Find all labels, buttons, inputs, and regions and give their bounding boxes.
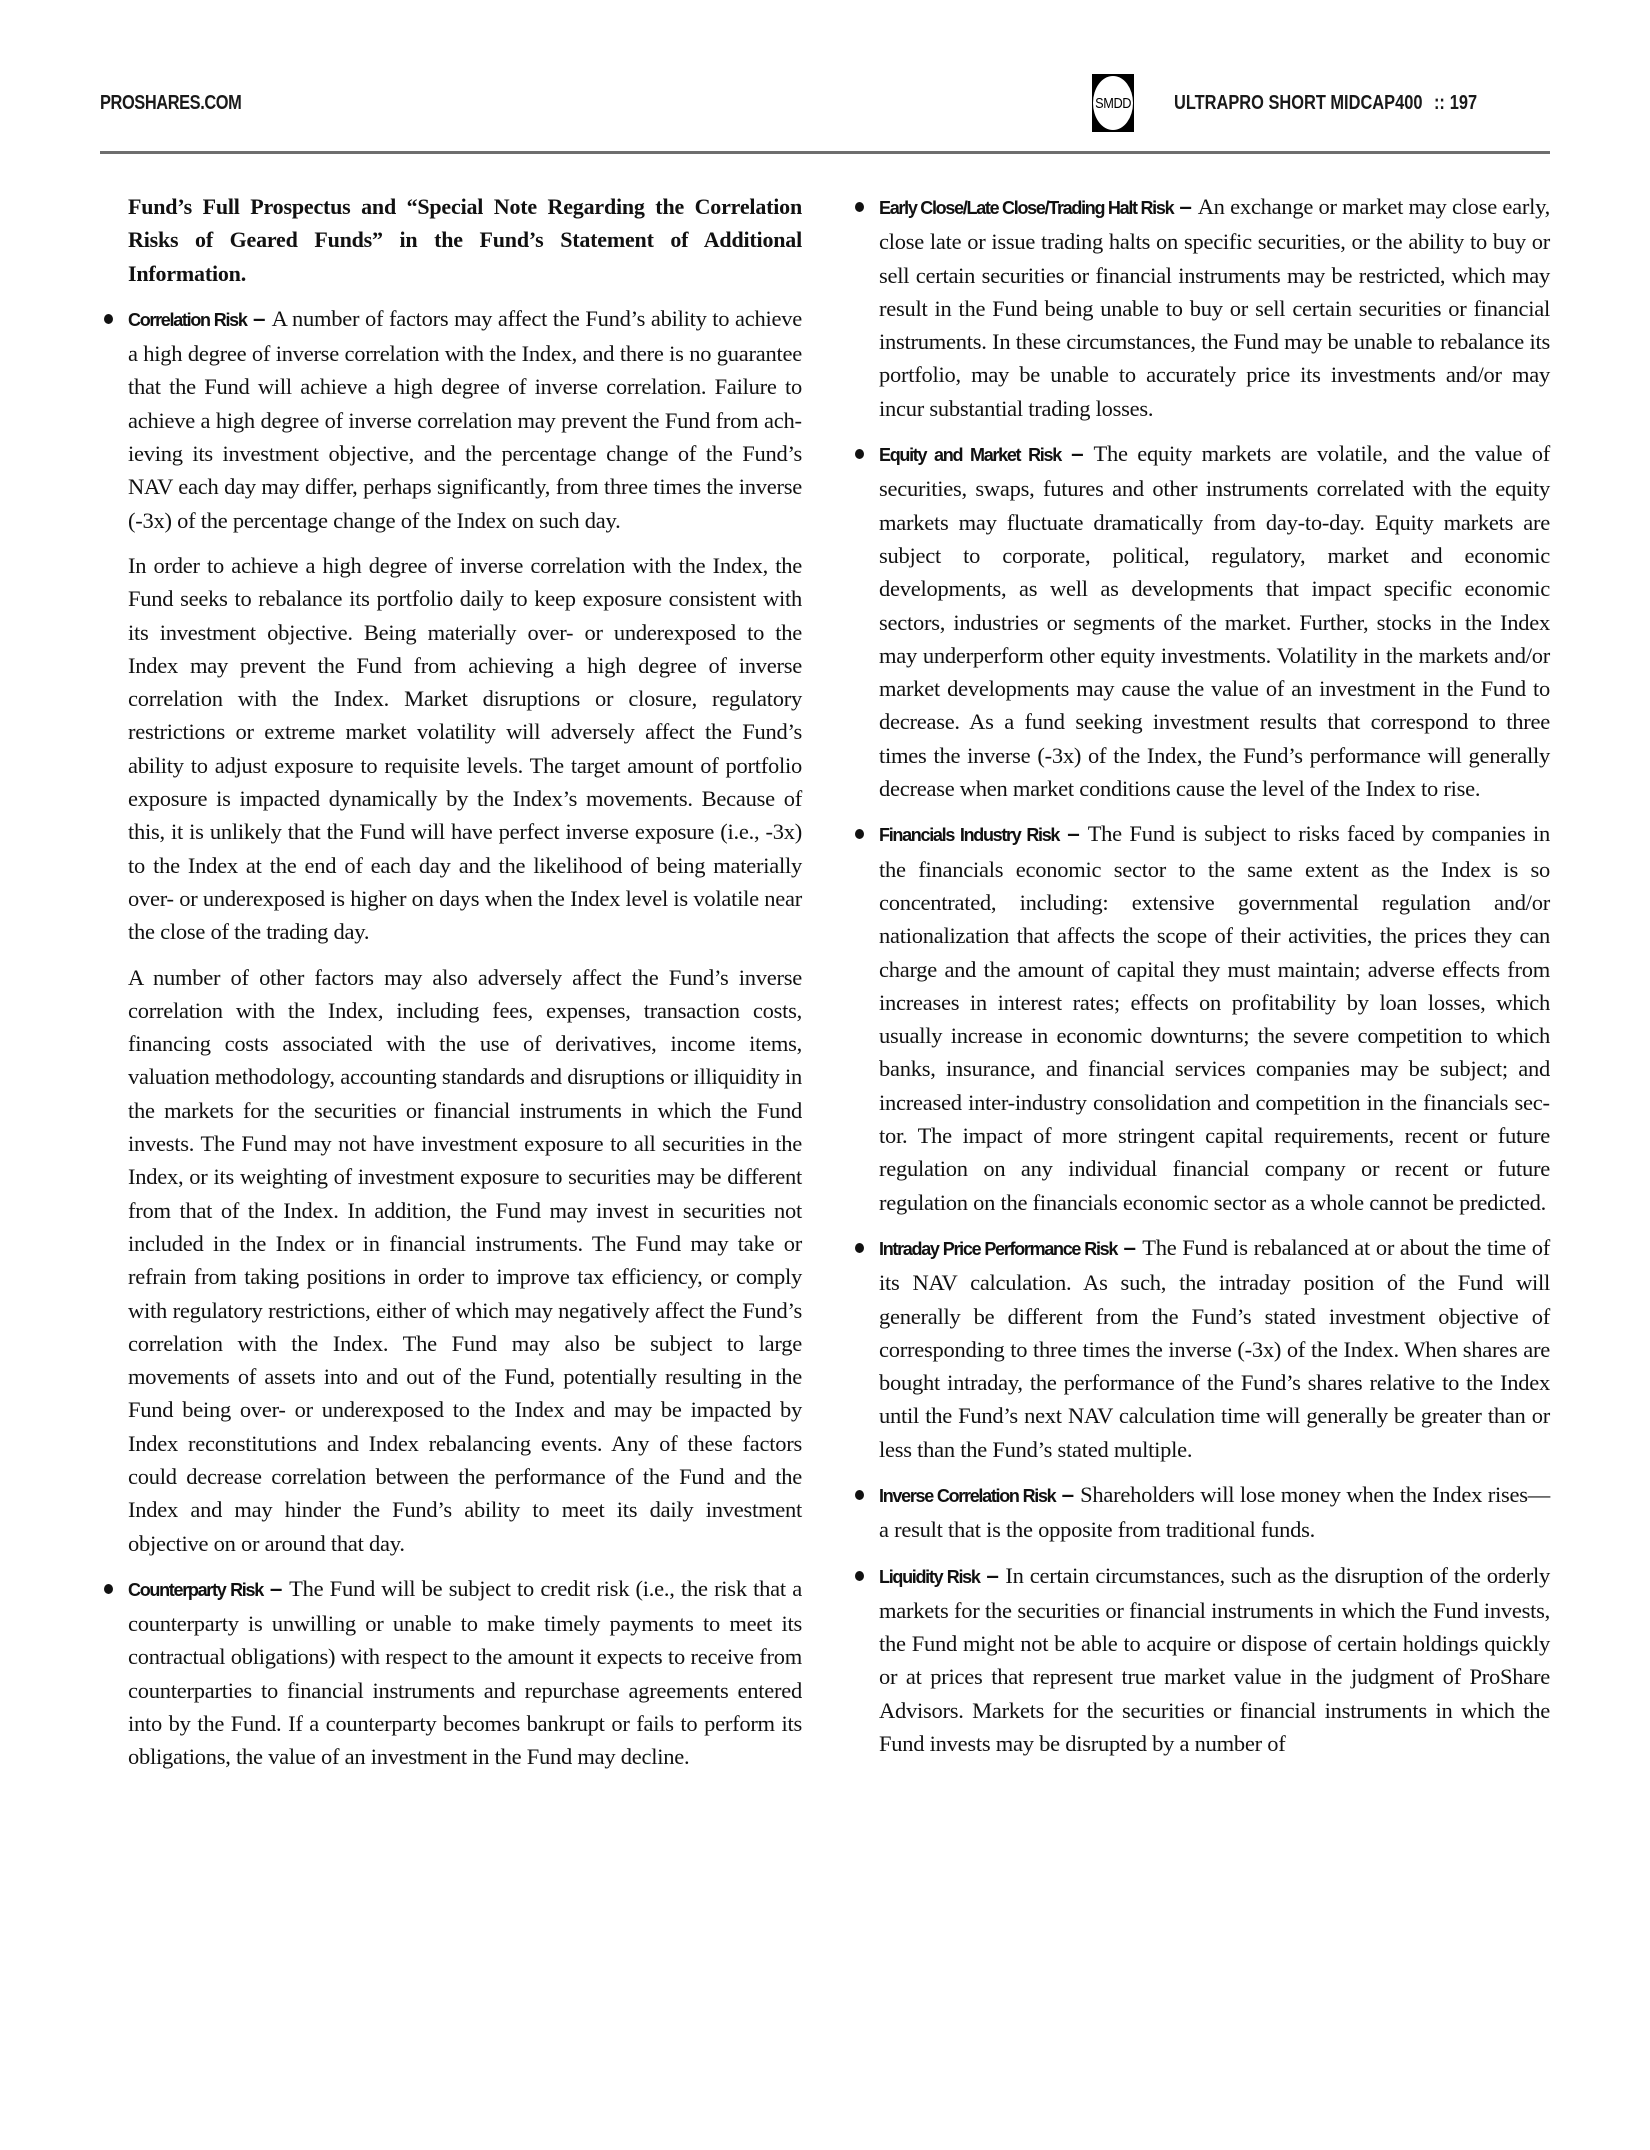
risk-paragraph: Counterparty Risk – The Fund will be sub… <box>128 1572 802 1774</box>
risk-term: Financials Industry Risk <box>879 825 1059 845</box>
risk-paragraph: Early Close/Late Close/Trading Halt Risk… <box>879 190 1550 425</box>
page-number: 197 <box>1450 92 1477 114</box>
risk-paragraph: Liquidity Risk – In certain circumstance… <box>879 1559 1550 1761</box>
risk-paragraph: Financials Industry Risk – The Fund is s… <box>879 817 1550 1219</box>
risk-term: Equity and Market Risk <box>879 445 1061 465</box>
risk-text: The Fund will be subject to credit risk … <box>128 1576 802 1769</box>
term-dash: – <box>263 1576 289 1601</box>
risk-item-inverse-correlation: Inverse Correlation Risk – Shareholders … <box>879 1478 1550 1547</box>
risk-text: The Fund is rebalanced at or about the t… <box>879 1235 1550 1462</box>
bullet-icon <box>855 1571 864 1581</box>
risk-paragraph: Inverse Correlation Risk – Shareholders … <box>879 1478 1550 1547</box>
term-dash: – <box>1173 194 1197 219</box>
bullet-icon <box>855 829 864 839</box>
right-column: Early Close/Late Close/Trading Halt Risk… <box>879 190 1550 1772</box>
header-divider <box>100 151 1550 154</box>
term-dash: – <box>1055 1482 1080 1507</box>
running-title: ULTRAPRO SHORT MIDCAP400::197 <box>1174 92 1477 115</box>
risk-text: An exchange or market may close early, c… <box>879 194 1550 421</box>
bullet-icon <box>855 202 864 212</box>
term-dash: – <box>1061 441 1094 466</box>
risk-item-intraday-price: Intraday Price Performance Risk – The Fu… <box>879 1231 1550 1466</box>
risk-paragraph: Correlation Risk – A number of factors m… <box>128 302 802 537</box>
page-header: PROSHARES.COM SMDD ULTRAPRO SHORT MIDCAP… <box>0 0 1650 160</box>
risk-item-financials-industry: Financials Industry Risk – The Fund is s… <box>879 817 1550 1219</box>
term-dash: – <box>1059 821 1088 846</box>
ticker-badge: SMDD <box>1092 74 1134 132</box>
lead-paragraph: Fund’s Full Prospectus and “Special Note… <box>128 190 802 290</box>
title-separator: :: <box>1434 92 1445 114</box>
bullet-icon <box>855 1243 864 1253</box>
risk-term: Early Close/Late Close/Trading Halt Risk <box>879 198 1173 218</box>
bullet-icon <box>855 449 864 459</box>
risk-item-equity-market: Equity and Market Risk – The equity mark… <box>879 437 1550 805</box>
bullet-icon <box>855 1490 864 1500</box>
bullet-icon <box>104 314 113 324</box>
risk-item-liquidity: Liquidity Risk – In certain circumstance… <box>879 1559 1550 1761</box>
risk-term: Correlation Risk <box>128 310 247 330</box>
risk-text: A number of factors may affect the Fund’… <box>128 306 802 533</box>
left-column: Fund’s Full Prospectus and “Special Note… <box>128 190 802 1786</box>
term-dash: – <box>980 1563 1006 1588</box>
risk-continuation-paragraph: In order to achieve a high degree of inv… <box>128 549 802 949</box>
fund-name: ULTRAPRO SHORT MIDCAP400 <box>1174 92 1422 114</box>
ticker-badge-circle: SMDD <box>1093 76 1133 130</box>
risk-text: The equity markets are volatile, and the… <box>879 441 1550 801</box>
risk-paragraph: Intraday Price Performance Risk – The Fu… <box>879 1231 1550 1466</box>
risk-term: Intraday Price Performance Risk <box>879 1239 1117 1259</box>
risk-item-early-close: Early Close/Late Close/Trading Halt Risk… <box>879 190 1550 425</box>
risk-term: Inverse Correlation Risk <box>879 1486 1055 1506</box>
site-url: PROSHARES.COM <box>100 92 241 115</box>
risk-text: The Fund is subject to risks faced by co… <box>879 821 1550 1214</box>
risk-paragraph: Equity and Market Risk – The equity mark… <box>879 437 1550 805</box>
risk-item-counterparty: Counterparty Risk – The Fund will be sub… <box>128 1572 802 1774</box>
risk-text: In certain circumstances, such as the di… <box>879 1563 1550 1756</box>
bullet-icon <box>104 1584 113 1594</box>
ticker-label: SMDD <box>1095 95 1131 112</box>
term-dash: – <box>1117 1235 1142 1260</box>
term-dash: – <box>247 306 272 331</box>
risk-term: Liquidity Risk <box>879 1567 980 1587</box>
risk-continuation-paragraph: A number of other factors may also adver… <box>128 961 802 1560</box>
risk-item-correlation: Correlation Risk – A number of factors m… <box>128 302 802 1560</box>
risk-term: Counterparty Risk <box>128 1580 263 1600</box>
